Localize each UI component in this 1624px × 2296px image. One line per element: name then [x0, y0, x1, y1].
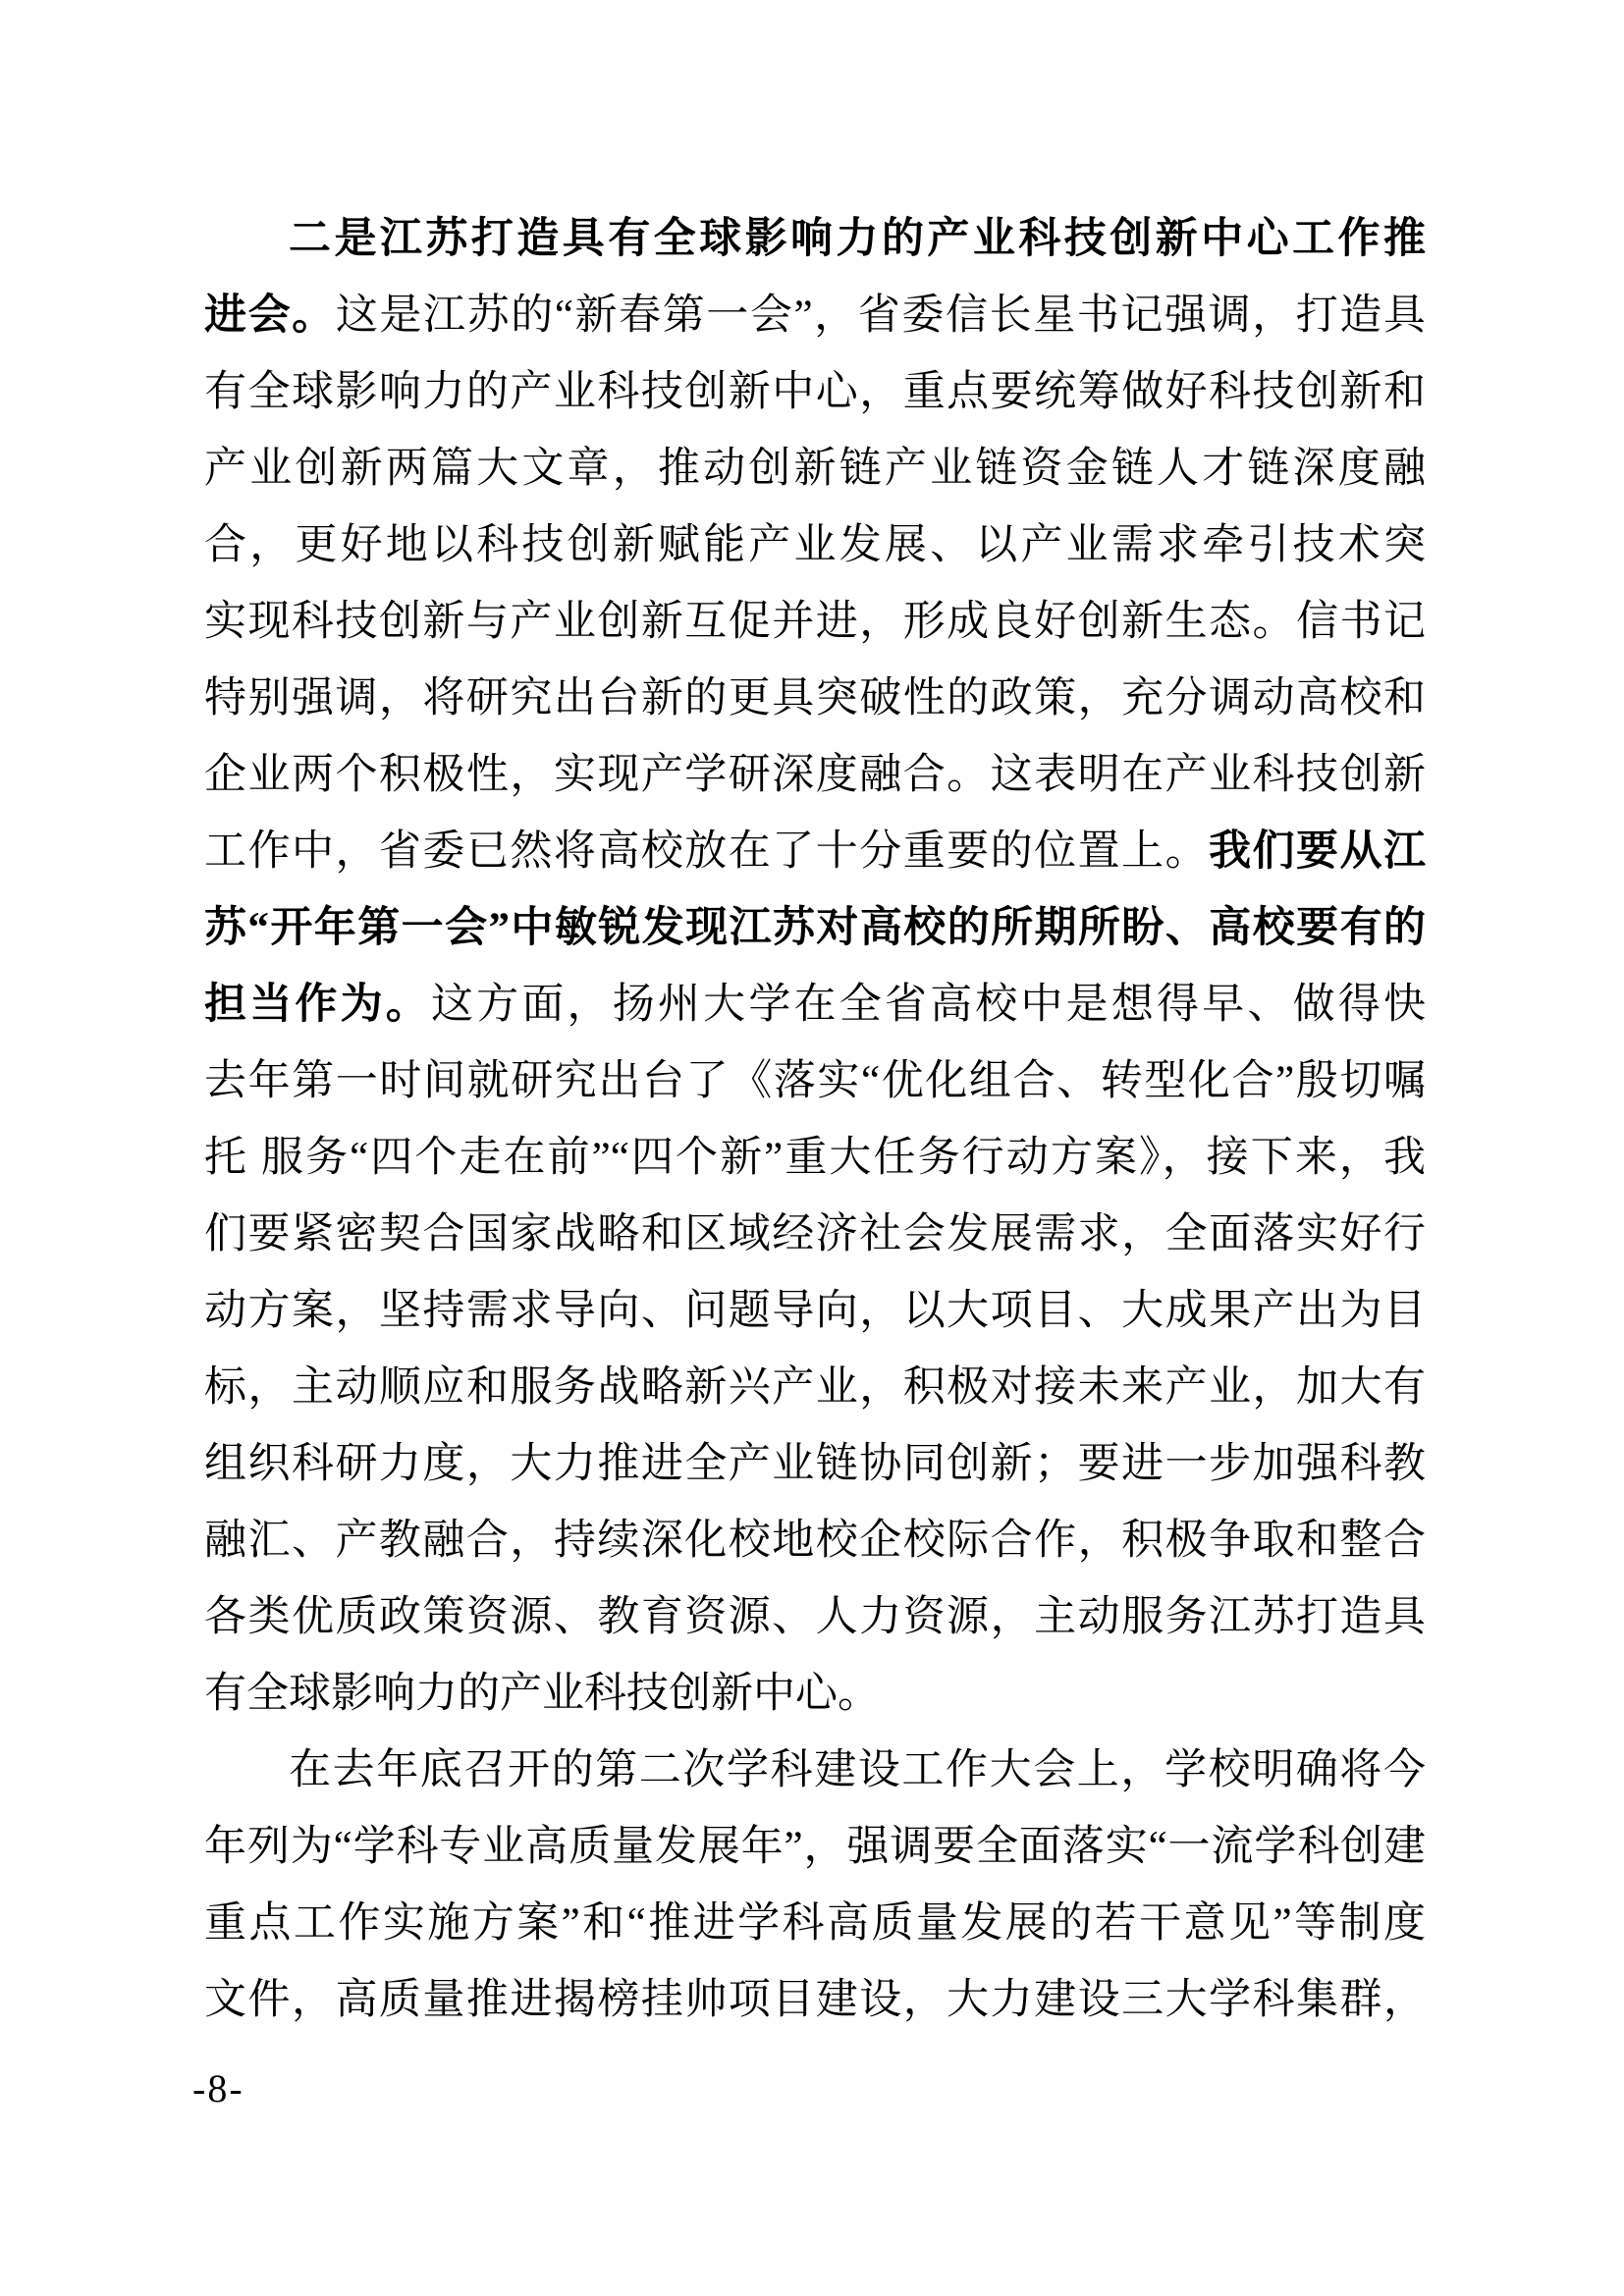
text-segment: 有全球影响力的产业科技创新中心，重点要统筹做好科技创新和 — [204, 369, 1426, 415]
text-line: 托 服务“四个走在前”“四个新”重大任务行动方案》，接下来，我 — [204, 1120, 1426, 1197]
text-segment: 各类优质政策资源、教育资源、人力资源，主动服务江苏打造具 — [204, 1594, 1426, 1640]
text-line: 实现科技创新与产业创新互促并进，形成良好创新生态。信书记 — [204, 584, 1426, 661]
text-line: 进会。这是江苏的“新春第一会”，省委信长星书记强调，打造具 — [204, 278, 1426, 354]
bold-text-segment: 担当作为。 — [204, 982, 431, 1028]
text-segment: 工作中，省委已然将高校放在了十分重要的位置上。 — [204, 828, 1209, 875]
text-segment: 在去年底召开的第二次学科建设工作大会上，学校明确将今 — [289, 1747, 1426, 1793]
text-line: 有全球影响力的产业科技创新中心。 — [204, 1656, 1426, 1733]
text-line: 融汇、产教融合，持续深化校地校企校际合作，积极争取和整合 — [204, 1503, 1426, 1579]
text-line: 担当作为。这方面，扬州大学在全省高校中是想得早、做得快的， — [204, 967, 1426, 1043]
text-segment: 这是江苏的“新春第一会”，省委信长星书记强调，打造具 — [336, 293, 1426, 339]
text-segment: 去年第一时间就研究出台了《落实“优化组合、转型化合”殷切嘱 — [204, 1058, 1426, 1104]
text-line: 动方案，坚持需求导向、问题导向，以大项目、大成果产出为目 — [204, 1273, 1426, 1350]
text-segment: 们要紧密契合国家战略和区域经济社会发展需求，全面落实好行 — [204, 1211, 1426, 1257]
bold-text-segment: 二是江苏打造具有全球影响力的产业科技创新中心工作推 — [289, 216, 1426, 262]
text-segment: 托 服务“四个走在前”“四个新”重大任务行动方案》，接下来，我 — [204, 1135, 1426, 1181]
text-segment: 重点工作实施方案”和“推进学科高质量发展的若干意见”等制度 — [204, 1900, 1426, 1947]
text-segment: 年列为“学科专业高质量发展年”，强调要全面落实“一流学科创建 — [204, 1824, 1426, 1870]
text-segment: 企业两个积极性，实现产学研深度融合。这表明在产业科技创新 — [204, 752, 1426, 798]
text-line: 年列为“学科专业高质量发展年”，强调要全面落实“一流学科创建 — [204, 1809, 1426, 1886]
text-segment: 组织科研力度，大力推进全产业链协同创新；要进一步加强科教 — [204, 1441, 1426, 1487]
bold-text-segment: 苏“开年第一会”中敏锐发现江苏对高校的所期所盼、高校要有的 — [204, 905, 1426, 951]
text-line: 合，更好地以科技创新赋能产业发展、以产业需求牵引技术突破， — [204, 507, 1426, 584]
document-page: 二是江苏打造具有全球影响力的产业科技创新中心工作推进会。这是江苏的“新春第一会”… — [0, 0, 1624, 2296]
text-segment: 合，更好地以科技创新赋能产业发展、以产业需求牵引技术突破， — [204, 522, 1426, 584]
bold-text-segment: 进会。 — [204, 293, 336, 339]
text-segment: 实现科技创新与产业创新互促并进，形成良好创新生态。信书记 — [204, 599, 1426, 645]
text-line: 苏“开年第一会”中敏锐发现江苏对高校的所期所盼、高校要有的 — [204, 890, 1426, 967]
text-line: 去年第一时间就研究出台了《落实“优化组合、转型化合”殷切嘱 — [204, 1043, 1426, 1120]
text-segment: 有全球影响力的产业科技创新中心。 — [204, 1671, 880, 1717]
text-line: 工作中，省委已然将高校放在了十分重要的位置上。我们要从江 — [204, 814, 1426, 890]
text-segment: 动方案，坚持需求导向、问题导向，以大项目、大成果产出为目 — [204, 1288, 1426, 1334]
text-line: 文件，高质量推进揭榜挂帅项目建设，大力建设三大学科集群， — [204, 1962, 1426, 2039]
text-segment: 标，主动顺应和服务战略新兴产业，积极对接未来产业，加大有 — [204, 1364, 1426, 1411]
page-number: -8- — [192, 2059, 244, 2118]
text-line: 企业两个积极性，实现产学研深度融合。这表明在产业科技创新 — [204, 737, 1426, 814]
text-line: 产业创新两篇大文章，推动创新链产业链资金链人才链深度融 — [204, 431, 1426, 507]
text-line: 有全球影响力的产业科技创新中心，重点要统筹做好科技创新和 — [204, 354, 1426, 431]
text-line: 特别强调，将研究出台新的更具突破性的政策，充分调动高校和 — [204, 661, 1426, 737]
text-line: 组织科研力度，大力推进全产业链协同创新；要进一步加强科教 — [204, 1426, 1426, 1503]
text-segment: 文件，高质量推进揭榜挂帅项目建设，大力建设三大学科集群， — [204, 1977, 1426, 2023]
text-line: 二是江苏打造具有全球影响力的产业科技创新中心工作推 — [204, 201, 1426, 278]
text-line: 们要紧密契合国家战略和区域经济社会发展需求，全面落实好行 — [204, 1197, 1426, 1273]
text-segment: 产业创新两篇大文章，推动创新链产业链资金链人才链深度融 — [204, 446, 1426, 492]
text-segment: 融汇、产教融合，持续深化校地校企校际合作，积极争取和整合 — [204, 1518, 1426, 1564]
text-segment: 特别强调，将研究出台新的更具突破性的政策，充分调动高校和 — [204, 675, 1426, 721]
text-line: 标，主动顺应和服务战略新兴产业，积极对接未来产业，加大有 — [204, 1350, 1426, 1426]
text-line: 各类优质政策资源、教育资源、人力资源，主动服务江苏打造具 — [204, 1579, 1426, 1656]
text-line: 在去年底召开的第二次学科建设工作大会上，学校明确将今 — [204, 1733, 1426, 1809]
body-text: 二是江苏打造具有全球影响力的产业科技创新中心工作推进会。这是江苏的“新春第一会”… — [204, 201, 1426, 2039]
bold-text-segment: 我们要从江 — [1209, 828, 1426, 875]
text-line: 重点工作实施方案”和“推进学科高质量发展的若干意见”等制度 — [204, 1886, 1426, 1962]
